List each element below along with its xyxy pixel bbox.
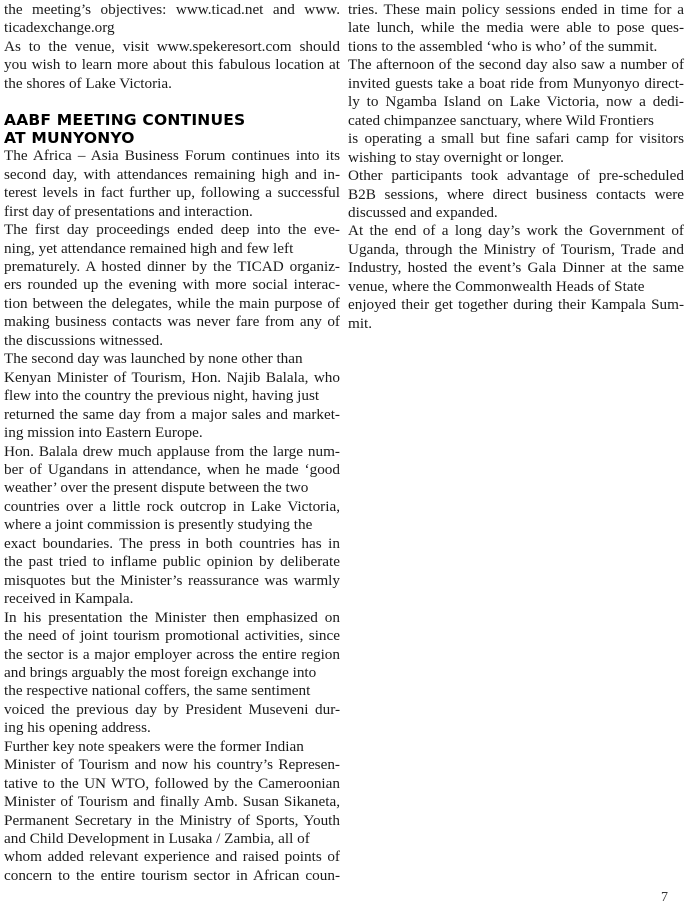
text-line: the shores of Lake Victoria. — [4, 75, 340, 93]
text-line: flew into the country the previous night… — [4, 387, 340, 405]
text-line: In his presentation the Minister then em… — [4, 609, 340, 627]
text-line: the respective national coffers, the sam… — [4, 682, 340, 700]
text-line: ers rounded up the evening with more soc… — [4, 276, 340, 294]
text-line: weather’ over the present dispute betwee… — [4, 479, 340, 497]
text-line: countries over a little rock outcrop in … — [4, 498, 340, 516]
text-line: terest levels in fact further up, follow… — [4, 184, 340, 202]
text-line: As to the venue, visit www.spekeresort.c… — [4, 38, 340, 56]
article-body: The Africa – Asia Business Forum continu… — [4, 147, 340, 885]
text-line: the need of joint tourism promotional ac… — [4, 627, 340, 645]
text-line: B2B sessions, where direct business cont… — [348, 186, 684, 204]
text-line: The first day proceedings ended deep int… — [4, 221, 340, 239]
text-line: The second day was launched by none othe… — [4, 350, 340, 368]
text-line: and brings arguably the most foreign exc… — [4, 664, 340, 682]
text-line: tries. These main policy sessions ended … — [348, 1, 684, 19]
text-line: Kenyan Minister of Tourism, Hon. Najib B… — [4, 369, 340, 387]
text-line: The afternoon of the second day also saw… — [348, 56, 684, 74]
text-line: returned the same day from a major sales… — [4, 406, 340, 424]
text-line: Hon. Balala drew much applause from the … — [4, 443, 340, 461]
text-line: whom added relevant experience and raise… — [4, 848, 340, 866]
heading-line: AT MUNYONYO — [4, 129, 340, 147]
text-line: making business contacts was never fare … — [4, 313, 340, 331]
text-line: the discussions witnessed. — [4, 332, 340, 350]
text-line: the past tried to inflame public opinion… — [4, 553, 340, 571]
text-line: the sector is a major employer across th… — [4, 646, 340, 664]
text-line: voiced the previous day by President Mus… — [4, 701, 340, 719]
text-line: wishing to stay overnight or longer. — [348, 149, 684, 167]
text-line: ing his opening address. — [4, 719, 340, 737]
text-line: Permanent Secretary in the Ministry of S… — [4, 812, 340, 830]
text-line: tion between the delegates, while the ma… — [4, 295, 340, 313]
text-line: Further key note speakers were the forme… — [4, 738, 340, 756]
text-line: The Africa – Asia Business Forum continu… — [4, 147, 340, 165]
right-column: tries. These main policy sessions ended … — [348, 1, 684, 333]
text-line: the meeting’s objectives: www.ticad.net … — [4, 1, 340, 19]
text-line: where a joint commission is presently st… — [4, 516, 340, 534]
text-line: prematurely. A hosted dinner by the TICA… — [4, 258, 340, 276]
text-line: enjoyed their get together during their … — [348, 296, 684, 314]
text-line: cated chimpanzee sanctuary, where Wild F… — [348, 112, 684, 130]
text-line: you wish to learn more about this fabulo… — [4, 56, 340, 74]
text-line: is operating a small but fine safari cam… — [348, 130, 684, 148]
text-line: tative to the UN WTO, followed by the Ca… — [4, 775, 340, 793]
text-line: venue, where the Commonwealth Heads of S… — [348, 278, 684, 296]
text-line: Minister of Tourism and finally Amb. Sus… — [4, 793, 340, 811]
text-line: invited guests take a boat ride from Mun… — [348, 75, 684, 93]
text-line: ber of Ugandans in attendance, when he m… — [4, 461, 340, 479]
text-line: concern to the entire tourism sector in … — [4, 867, 340, 885]
page-number: 7 — [661, 890, 668, 906]
text-line: Other participants took advantage of pre… — [348, 167, 684, 185]
text-line: tions to the assembled ‘who is who’ of t… — [348, 38, 684, 56]
text-line: At the end of a long day’s work the Gove… — [348, 222, 684, 240]
text-line: Uganda, through the Ministry of Tourism,… — [348, 241, 684, 259]
text-line: and Child Development in Lusaka / Zambia… — [4, 830, 340, 848]
heading-line: AABF MEETING CONTINUES — [4, 111, 340, 129]
text-line: Minister of Tourism and now his country’… — [4, 756, 340, 774]
text-line: ticadexchange.org — [4, 19, 340, 37]
article-body-continued: tries. These main policy sessions ended … — [348, 1, 684, 333]
text-line: ning, yet attendance remained high and f… — [4, 240, 340, 258]
text-line: first day of presentations and interacti… — [4, 203, 340, 221]
left-column: the meeting’s objectives: www.ticad.net … — [4, 1, 340, 885]
text-line: received in Kampala. — [4, 590, 340, 608]
text-line: second day, with attendances remaining h… — [4, 166, 340, 184]
text-line: mit. — [348, 315, 684, 333]
text-line: Industry, hosted the event’s Gala Dinner… — [348, 259, 684, 277]
text-line: ing mission into Eastern Europe. — [4, 424, 340, 442]
text-line: late lunch, while the media were able to… — [348, 19, 684, 37]
section-heading: AABF MEETING CONTINUES AT MUNYONYO — [4, 111, 340, 147]
text-line: misquotes but the Minister’s reassurance… — [4, 572, 340, 590]
intro-paragraph: the meeting’s objectives: www.ticad.net … — [4, 1, 340, 93]
text-line: ly to Ngamba Island on Lake Victoria, no… — [348, 93, 684, 111]
text-line: discussed and expanded. — [348, 204, 684, 222]
text-line: exact boundaries. The press in both coun… — [4, 535, 340, 553]
